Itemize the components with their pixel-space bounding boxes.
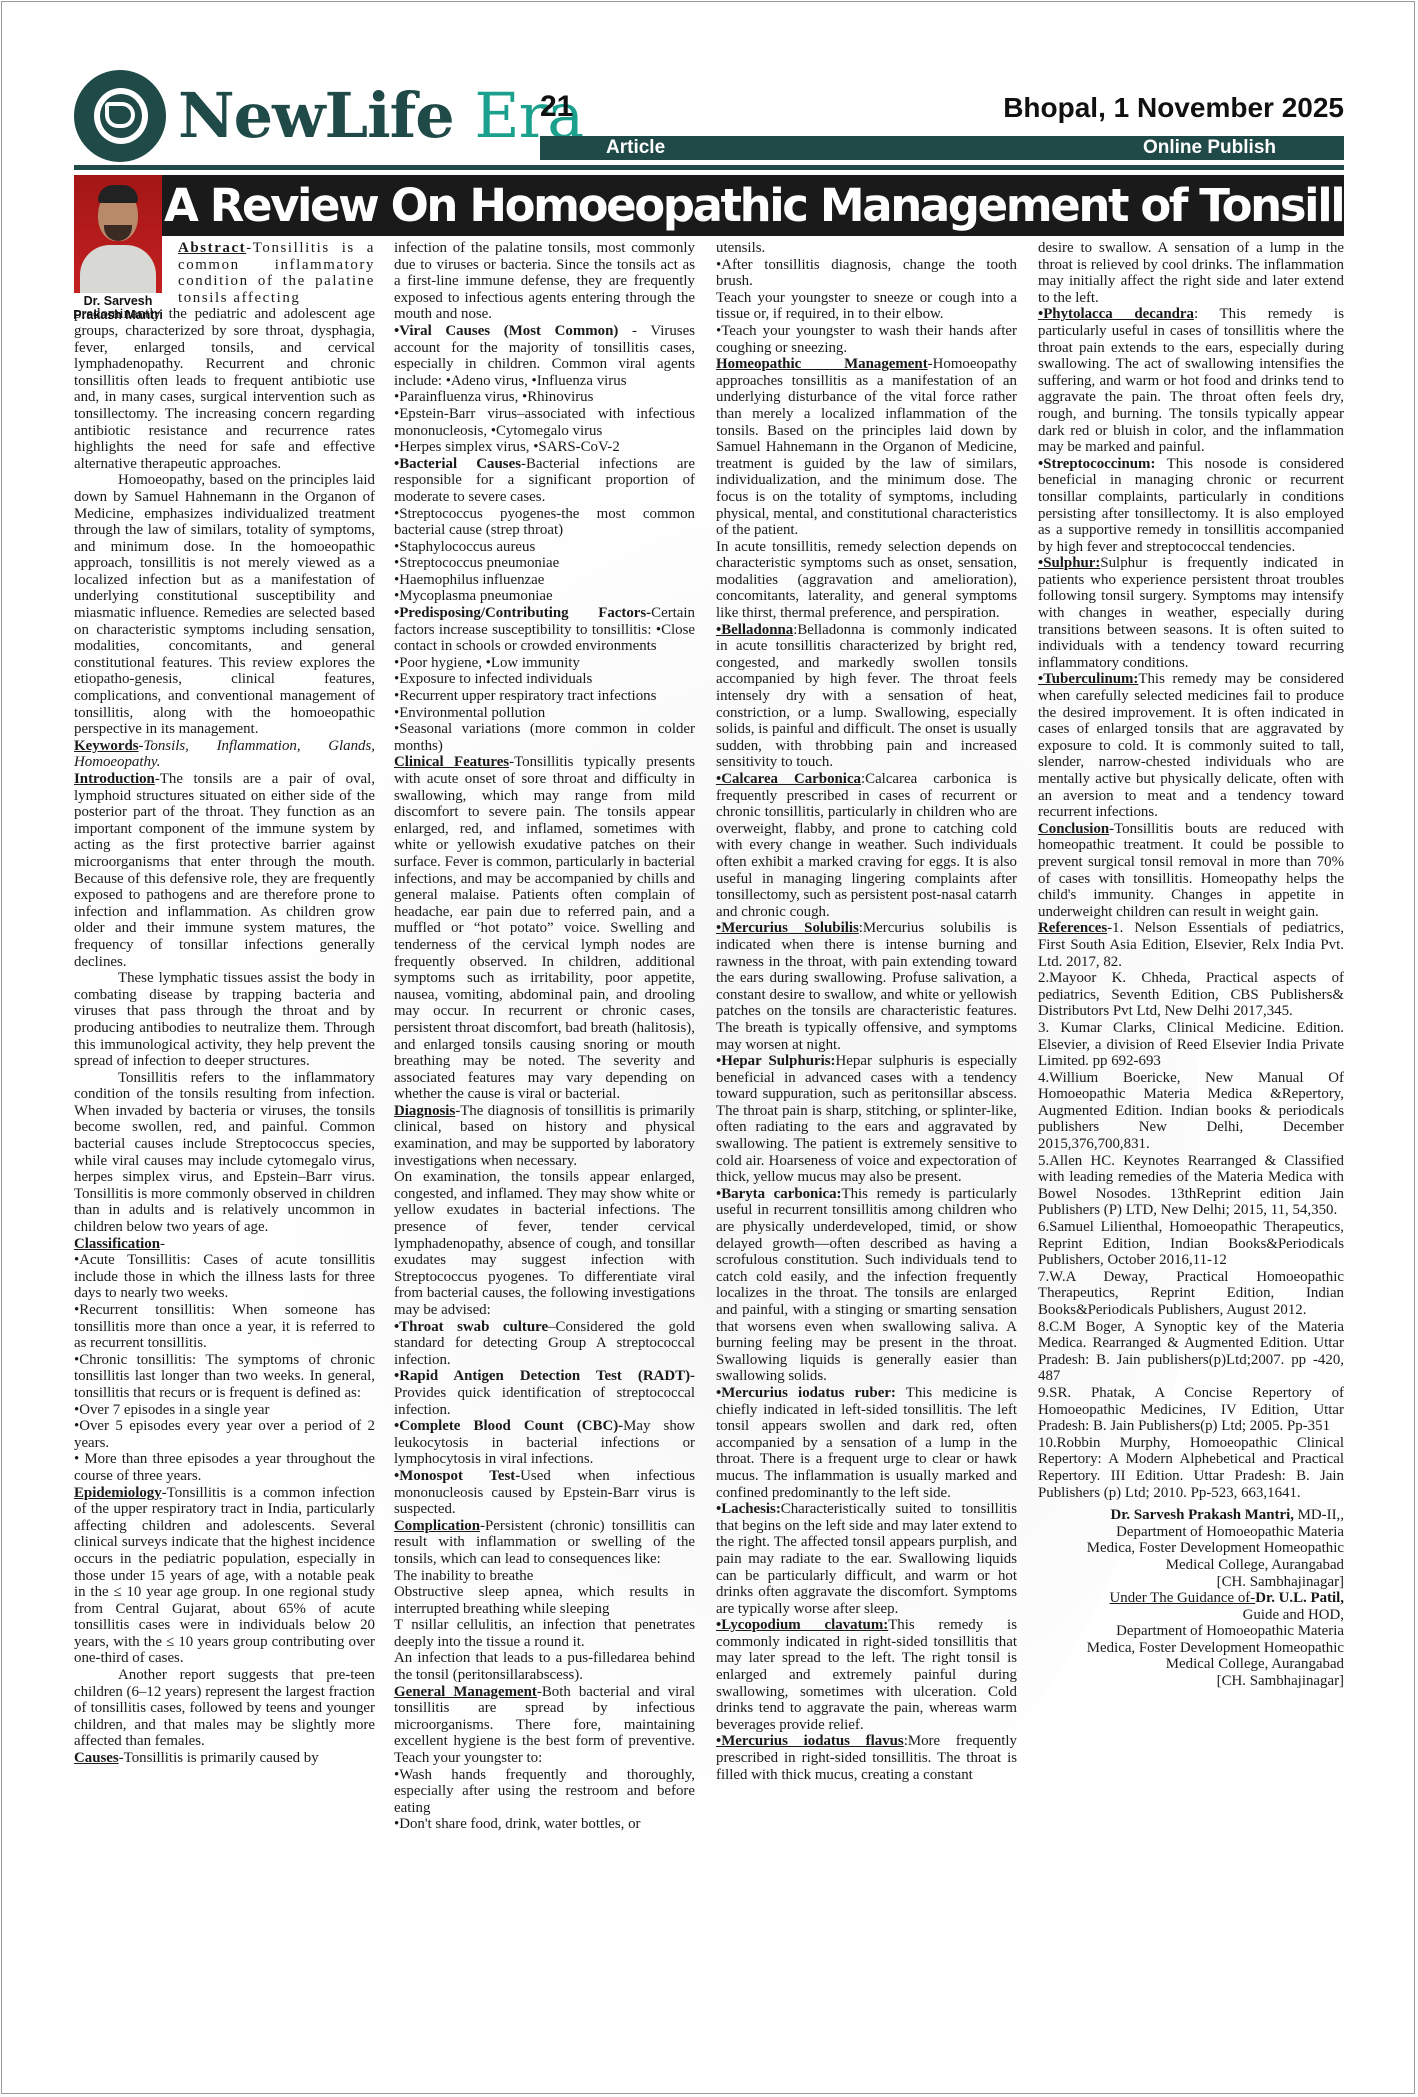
paragraph: Classification- xyxy=(74,1236,375,1253)
section-heading: Diagnosis xyxy=(394,1103,455,1119)
dateline: Bhopal, 1 November 2025 xyxy=(1003,92,1344,124)
section-heading: Homeopathic Management xyxy=(716,356,928,372)
paragraph: infection of the palatine tonsils, most … xyxy=(394,240,695,323)
paragraph: Causes-Tonsillitis is primarily caused b… xyxy=(74,1750,375,1767)
section-heading: •Belladonna xyxy=(716,622,793,638)
page-number: 21 xyxy=(540,90,573,124)
paragraph: •Mycoplasma pneumoniae xyxy=(394,588,695,605)
abstract-lead: Abstract-Tonsillitis is a common inflamm… xyxy=(178,240,375,306)
paragraph: Conclusion-Tonsillitis bouts are reduced… xyxy=(1038,821,1344,921)
paragraph: Epidemiology-Tonsillitis is a common inf… xyxy=(74,1485,375,1668)
paragraph: Tonsillitis refers to the inflammatory c… xyxy=(74,1070,375,1236)
paragraph: References-1. Nelson Essentials of pedia… xyxy=(1038,920,1344,970)
paragraph: •Seasonal variations (more common in col… xyxy=(394,721,695,754)
paragraph: •Lycopodium clavatum:This remedy is comm… xyxy=(716,1617,1017,1733)
paragraph: •Chronic tonsillitis: The symptoms of ch… xyxy=(74,1352,375,1402)
author-affiliation-line: Medica, Foster Development Homeopathic xyxy=(1038,1540,1344,1557)
publish-label: Online Publish xyxy=(1143,136,1276,160)
paragraph: 10.Robbin Murphy, Homoeopathic Clinical … xyxy=(1038,1435,1344,1501)
bold-lead: •Complete Blood Count (CBC)- xyxy=(394,1418,623,1434)
paragraph: •Mercurius iodatus ruber: This medicine … xyxy=(716,1385,1017,1501)
column-3: utensils.•After tonsillitis diagnosis, c… xyxy=(716,240,1017,1783)
paragraph: desire to swallow. A sensation of a lump… xyxy=(1038,240,1344,306)
paragraph: •Monospot Test-Used when infectious mono… xyxy=(394,1468,695,1518)
bold-lead-text: Characteristically suited to tonsillitis… xyxy=(716,1501,1017,1617)
logo-wordmark: NewLife Era xyxy=(178,76,583,156)
column-1: Abstract-Tonsillitis is a common inflamm… xyxy=(74,240,375,1767)
guide-affiliation-line: Medica, Foster Development Homeopathic xyxy=(1038,1640,1344,1657)
section-heading: Epidemiology xyxy=(74,1485,162,1501)
paragraph: •Mercurius Solubilis:Mercurius solubilis… xyxy=(716,920,1017,1053)
paragraph: Homeopathic Management-Homoeopathy appro… xyxy=(716,356,1017,539)
paragraph: •Parainfluenza virus, •Rhinovirus xyxy=(394,389,695,406)
paragraph: •Wash hands frequently and thoroughly, e… xyxy=(394,1767,695,1817)
section-text: -Homoeopathy approaches tonsillitis as a… xyxy=(716,356,1017,538)
paragraph: •Mercurius iodatus flavus:More frequentl… xyxy=(716,1733,1017,1783)
paragraph: utensils. xyxy=(716,240,1017,257)
paragraph: •Streptococcus pneumoniae xyxy=(394,555,695,572)
paragraph: •Teach your youngster to wash their hand… xyxy=(716,323,1017,356)
section-text: -Tonsillitis is primarily caused by xyxy=(119,1750,319,1766)
paragraph: •Recurrent tonsillitis: When someone has… xyxy=(74,1302,375,1352)
paragraph: Complication-Persistent (chronic) tonsil… xyxy=(394,1518,695,1568)
masthead-rule xyxy=(74,165,1344,170)
section-heading-abstract: Abstract xyxy=(178,240,246,256)
guide-affiliation-line: [CH. Sambhajinagar] xyxy=(1038,1673,1344,1690)
section-heading: Conclusion xyxy=(1038,821,1109,837)
section-text: -Tonsillitis typically presents with acu… xyxy=(394,754,695,1102)
paragraph: •Calcarea Carbonica:Calcarea carbonica i… xyxy=(716,771,1017,920)
paragraph: •Rapid Antigen Detection Test (RADT)-Pro… xyxy=(394,1368,695,1418)
paragraph: •Herpes simplex virus, •SARS-CoV-2 xyxy=(394,439,695,456)
guide-affiliation-line: Medical College, Aurangabad xyxy=(1038,1656,1344,1673)
paragraph: •Don't share food, drink, water bottles,… xyxy=(394,1816,695,1833)
paragraph: •Bacterial Causes-Bacterial infections a… xyxy=(394,456,695,506)
section-text: :Belladonna is commonly indicated in acu… xyxy=(716,622,1017,771)
author-affiliation-line: [CH. Sambhajinagar] xyxy=(1038,1574,1344,1591)
paragraph: The inability to breathe xyxy=(394,1568,695,1585)
bold-lead: •Baryta carbonica: xyxy=(716,1186,841,1202)
section-text: : This remedy is particularly useful in … xyxy=(1038,306,1344,455)
paragraph: 9.SR. Phatak, A Concise Repertory of Hom… xyxy=(1038,1385,1344,1435)
section-text: -The tonsils are a pair of oval, lymphoi… xyxy=(74,771,375,970)
section-heading: Classification xyxy=(74,1236,160,1252)
paragraph: •After tonsillitis diagnosis, change the… xyxy=(716,257,1017,290)
section-text: :Calcarea carbonica is frequently prescr… xyxy=(716,771,1017,920)
paragraph: •Haemophilus influenzae xyxy=(394,572,695,589)
section-heading: References xyxy=(1038,920,1107,936)
author-affiliation-line: Medical College, Aurangabad xyxy=(1038,1557,1344,1574)
section-heading: Causes xyxy=(74,1750,119,1766)
paragraph: •Phytolacca decandra: This remedy is par… xyxy=(1038,306,1344,455)
section-heading: •Calcarea Carbonica xyxy=(716,771,861,787)
paragraph: •Acute Tonsillitis: Cases of acute tonsi… xyxy=(74,1252,375,1302)
paragraph: Diagnosis-The diagnosis of tonsillitis i… xyxy=(394,1103,695,1169)
bold-lead: •Rapid Antigen Detection Test (RADT)- xyxy=(394,1368,695,1384)
paragraph: •Throat swab culture–Considered the gold… xyxy=(394,1319,695,1369)
author-affiliation-line: Department of Homoeopathic Materia xyxy=(1038,1524,1344,1541)
paragraph: •Streptococcus pyogenes-the most common … xyxy=(394,506,695,539)
paragraph: These lymphatic tissues assist the body … xyxy=(74,970,375,1070)
section-text: This remedy is commonly indicated in rig… xyxy=(716,1617,1017,1733)
paragraph: Clinical Features-Tonsillitis typically … xyxy=(394,754,695,1102)
section-label: Article xyxy=(606,136,665,160)
paragraph: •Streptococcinum: This nosode is conside… xyxy=(1038,456,1344,556)
paragraph: Teach your youngster to sneeze or cough … xyxy=(716,290,1017,323)
article-title: A Review On Homoeopathic Management of T… xyxy=(164,175,1344,236)
logo-leaf-icon xyxy=(74,70,166,162)
section-heading: •Mercurius Solubilis xyxy=(716,920,859,936)
paragraph: • More than three episodes a year throug… xyxy=(74,1451,375,1484)
section-text: Sulphur is frequently indicated in patie… xyxy=(1038,555,1344,671)
paragraph: Another report suggests that pre-teen ch… xyxy=(74,1667,375,1750)
paragraph: •Sulphur:Sulphur is frequently indicated… xyxy=(1038,555,1344,671)
paragraph: •Staphylococcus aureus xyxy=(394,539,695,556)
paragraph: •Belladonna:Belladonna is commonly indic… xyxy=(716,622,1017,771)
section-text: - xyxy=(160,1236,165,1252)
bold-lead: •Monospot Test- xyxy=(394,1468,520,1484)
section-heading: •Tuberculinum: xyxy=(1038,671,1138,687)
masthead: NewLife Era 21 Bhopal, 1 November 2025 A… xyxy=(74,68,1344,168)
paragraph: Abstract-Tonsillitis is a common inflamm… xyxy=(74,240,375,472)
paragraph: •Environmental pollution xyxy=(394,705,695,722)
paragraph: 7.W.A Deway, Practical Homoeopathic Ther… xyxy=(1038,1269,1344,1319)
section-heading: •Phytolacca decandra xyxy=(1038,306,1194,322)
paragraph: An infection that leads to a pus-filleda… xyxy=(394,1650,695,1683)
author-block: Dr. Sarvesh Prakash Mantri, MD-II,,Depar… xyxy=(1038,1507,1344,1690)
bold-lead-text: This remedy is particularly useful in re… xyxy=(716,1186,1017,1385)
column-2: infection of the palatine tonsils, most … xyxy=(394,240,695,1833)
section-heading: General Management xyxy=(394,1684,537,1700)
section-heading: •Mercurius iodatus flavus xyxy=(716,1733,904,1749)
bold-lead: •Bacterial Causes xyxy=(394,456,521,472)
bold-lead-text: Provides quick identification of strepto… xyxy=(394,1385,695,1418)
section-text: -Tonsillitis is a common infection of th… xyxy=(74,1485,375,1667)
abstract-text-continued: predominantly the pediatric and adolesce… xyxy=(74,306,375,471)
section-heading: Clinical Features xyxy=(394,754,509,770)
guide-name: Dr. U.L. Patil, xyxy=(1255,1590,1344,1606)
paragraph: •Recurrent upper respiratory tract infec… xyxy=(394,688,695,705)
section-heading: •Sulphur: xyxy=(1038,555,1100,571)
bold-lead: •Streptococcinum: xyxy=(1038,456,1155,472)
paragraph: Obstructive sleep apnea, which results i… xyxy=(394,1584,695,1617)
paragraph: 4.Willium Boericke, New Manual Of Homoeo… xyxy=(1038,1070,1344,1153)
paragraph: •Poor hygiene, •Low immunity xyxy=(394,655,695,672)
paragraph: •Exposure to infected individuals xyxy=(394,671,695,688)
section-heading: •Lycopodium clavatum: xyxy=(716,1617,888,1633)
section-bar: Article Online Publish xyxy=(540,136,1344,160)
paragraph: Introduction-The tonsils are a pair of o… xyxy=(74,771,375,970)
section-heading: Complication xyxy=(394,1518,480,1534)
bold-lead: •Predisposing/Contributing Factors- xyxy=(394,605,651,621)
paragraph: •Lachesis:Characteristically suited to t… xyxy=(716,1501,1017,1617)
bold-lead-text: This medicine is chiefly indicated in le… xyxy=(716,1385,1017,1501)
bold-lead: •Hepar Sulphuris: xyxy=(716,1053,836,1069)
paragraph: T nsillar cellulitis, an infection that … xyxy=(394,1617,695,1650)
paragraph: •Over 7 episodes in a single year xyxy=(74,1402,375,1419)
section-heading-keywords: Keywords xyxy=(74,738,139,754)
paragraph: Keywords-Tonsils, Inflammation, Glands, … xyxy=(74,738,375,771)
section-text: :Mercurius solubilis is indicated when t… xyxy=(716,920,1017,1052)
paragraph: Homoeopathy, based on the principles lai… xyxy=(74,472,375,738)
logo-word: NewLife xyxy=(178,79,454,152)
paragraph: 3. Kumar Clarks, Clinical Medicine. Edit… xyxy=(1038,1020,1344,1070)
paragraph: 6.Samuel Lilienthal, Homoeopathic Therap… xyxy=(1038,1219,1344,1269)
paragraph: 8.C.M Boger, A Synoptic key of the Mater… xyxy=(1038,1319,1344,1385)
bold-lead: •Lachesis: xyxy=(716,1501,781,1517)
paragraph: •Predisposing/Contributing Factors-Certa… xyxy=(394,605,695,655)
paragraph: •Tuberculinum:This remedy may be conside… xyxy=(1038,671,1344,820)
paragraph: In acute tonsillitis, remedy selection d… xyxy=(716,539,1017,622)
bold-lead: •Throat swab culture xyxy=(394,1319,548,1335)
paragraph: •Epstein-Barr virus–associated with infe… xyxy=(394,406,695,439)
guidance-label: Under The Guidance of- xyxy=(1110,1590,1256,1606)
paragraph: •Complete Blood Count (CBC)-May show leu… xyxy=(394,1418,695,1468)
author-name-line: Dr. Sarvesh Prakash Mantri, MD-II,, xyxy=(1038,1507,1344,1524)
author-name: Dr. Sarvesh Prakash Mantri, xyxy=(1110,1507,1294,1523)
section-text: This remedy may be considered when caref… xyxy=(1038,671,1344,820)
column-4: desire to swallow. A sensation of a lump… xyxy=(1038,240,1344,1690)
guidance-line: Under The Guidance of-Dr. U.L. Patil, xyxy=(1038,1590,1344,1607)
paragraph: 2.Mayoor K. Chheda, Practical aspects of… xyxy=(1038,970,1344,1020)
guide-affiliation-line: Guide and HOD, xyxy=(1038,1607,1344,1624)
guide-affiliation-line: Department of Homoeopathic Materia xyxy=(1038,1623,1344,1640)
author-degree: MD-II,, xyxy=(1294,1507,1344,1523)
bold-lead-text: Hepar sulphuris is especially beneficial… xyxy=(716,1053,1017,1185)
paragraph: •Viral Causes (Most Common) - Viruses ac… xyxy=(394,323,695,389)
paragraph: •Over 5 episodes every year over a perio… xyxy=(74,1418,375,1451)
paragraph: •Hepar Sulphuris:Hepar sulphuris is espe… xyxy=(716,1053,1017,1186)
bold-lead: •Mercurius iodatus ruber: xyxy=(716,1385,896,1401)
paragraph: •Baryta carbonica:This remedy is particu… xyxy=(716,1186,1017,1385)
section-heading: Introduction xyxy=(74,771,155,787)
paragraph: 5.Allen HC. Keynotes Rearranged & Classi… xyxy=(1038,1153,1344,1219)
bold-lead: •Viral Causes (Most Common) xyxy=(394,323,618,339)
paragraph: General Management-Both bacterial and vi… xyxy=(394,1684,695,1767)
paragraph: On examination, the tonsils appear enlar… xyxy=(394,1169,695,1318)
